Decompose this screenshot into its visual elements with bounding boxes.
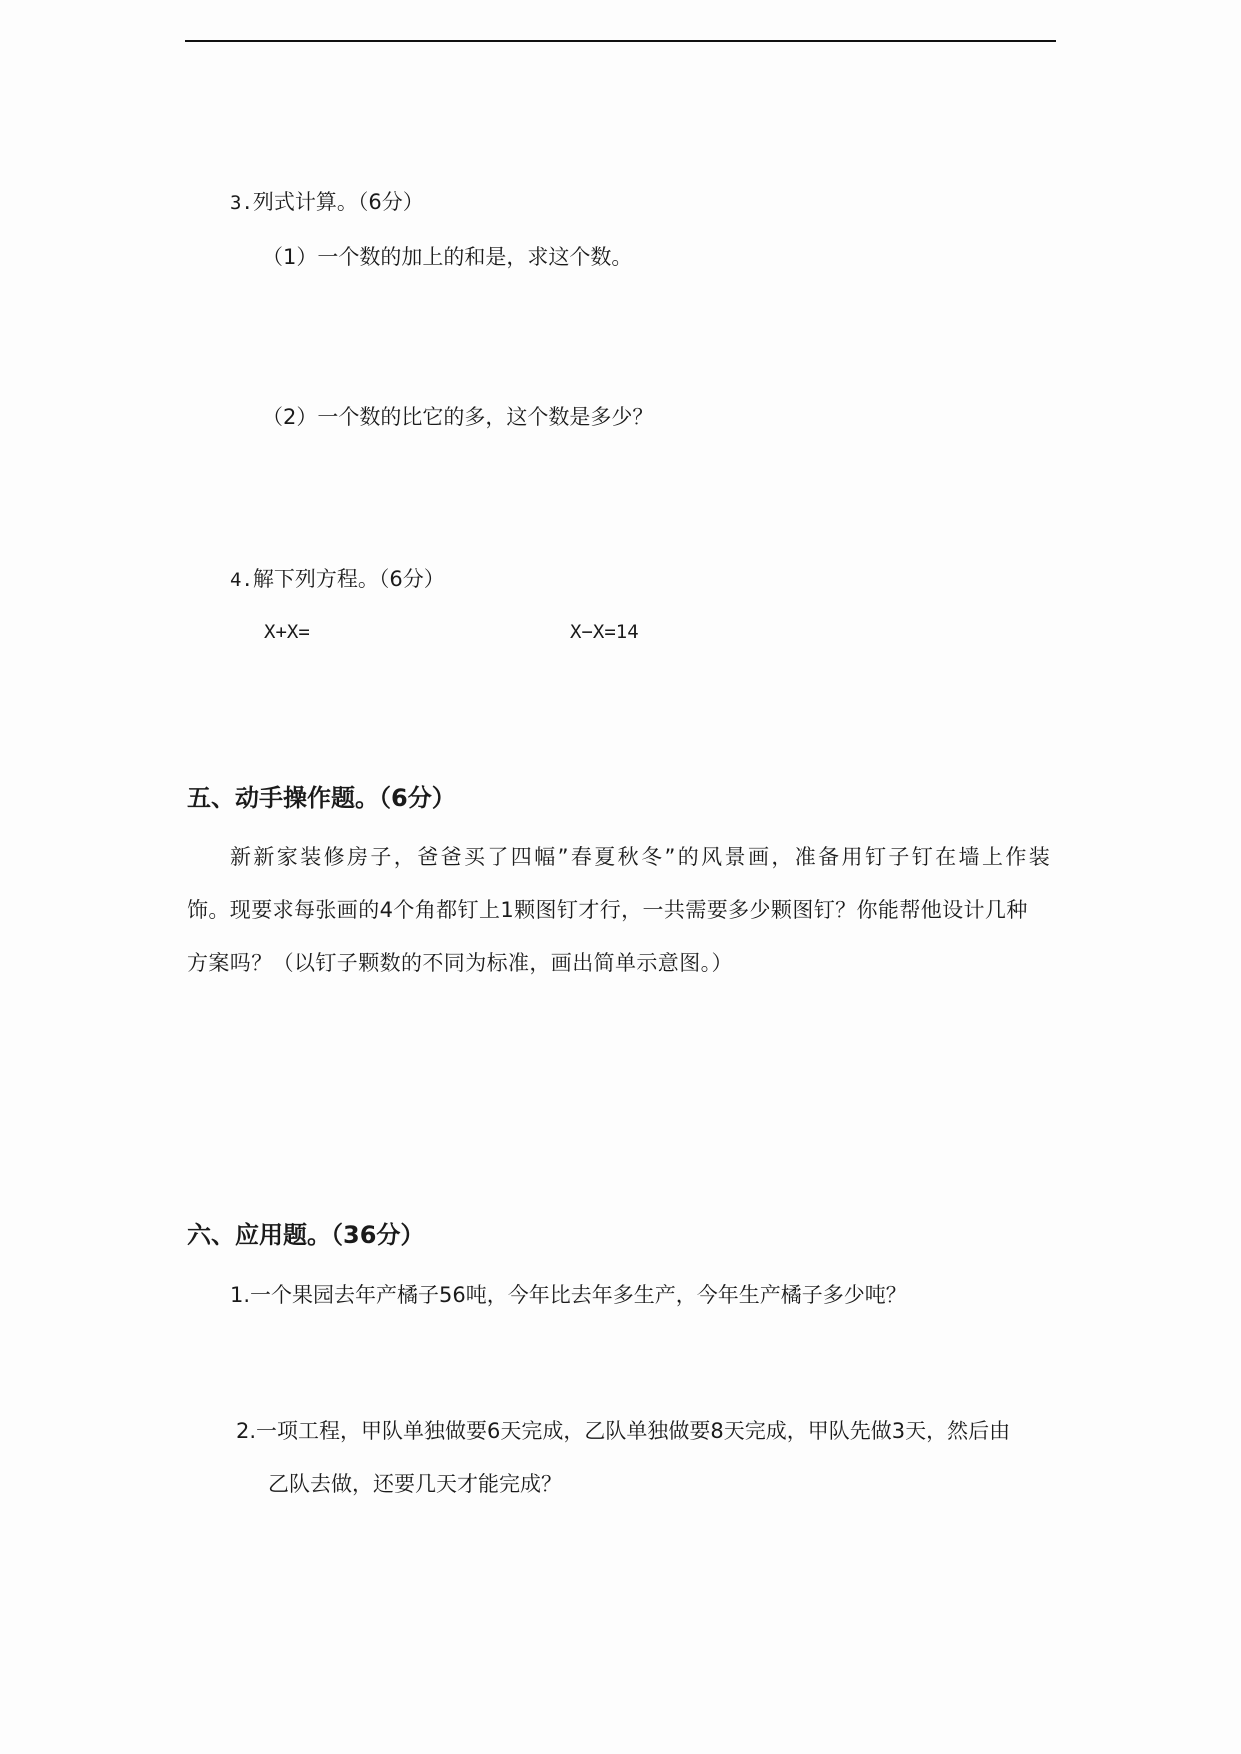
question-3-item-1: （1）一个数的加上的和是，求这个数。 [262, 243, 632, 271]
problem-2-line-1: 2.一项工程，甲队单独做要6天完成，乙队单独做要8天完成，甲队先做3天，然后由 [236, 1417, 1010, 1445]
question-3-item-2: （2）一个数的比它的多，这个数是多少？ [262, 403, 653, 431]
equation-2: X−X=14 [570, 618, 639, 646]
section-5-heading: 五、动手操作题。（6分） [187, 783, 456, 813]
question-4-title-text: 解下列方程。（6分） [253, 567, 445, 591]
equation-1: X+X= [264, 618, 310, 646]
problem-2-line-2: 乙队去做，还要几天才能完成？ [268, 1470, 562, 1498]
question-3-title-text: 列式计算。（6分） [253, 190, 424, 214]
question-3-title: 3.列式计算。（6分） [230, 188, 424, 217]
question-4-title: 4.解下列方程。（6分） [230, 565, 445, 594]
section-6-heading: 六、应用题。（36分） [187, 1220, 424, 1250]
section-5-paragraph-line-3: 方案吗？（以钉子颗数的不同为标准，画出简单示意图。） [187, 949, 733, 977]
question-number: 3. [230, 192, 253, 214]
section-5-paragraph-line-2: 饰。现要求每张画的4个角都钉上1颗图钉才行，一共需要多少颗图钉？你能帮他设计几种 [187, 896, 1028, 924]
question-number: 4. [230, 569, 253, 591]
problem-1: 1.一个果园去年产橘子56吨，今年比去年多生产，今年生产橘子多少吨？ [230, 1281, 907, 1309]
header-rule [185, 40, 1056, 42]
section-5-paragraph-line-1: 新新家装修房子，爸爸买了四幅”春夏秋冬”的风景画，准备用钉子钉在墙上作装 [230, 843, 1052, 871]
